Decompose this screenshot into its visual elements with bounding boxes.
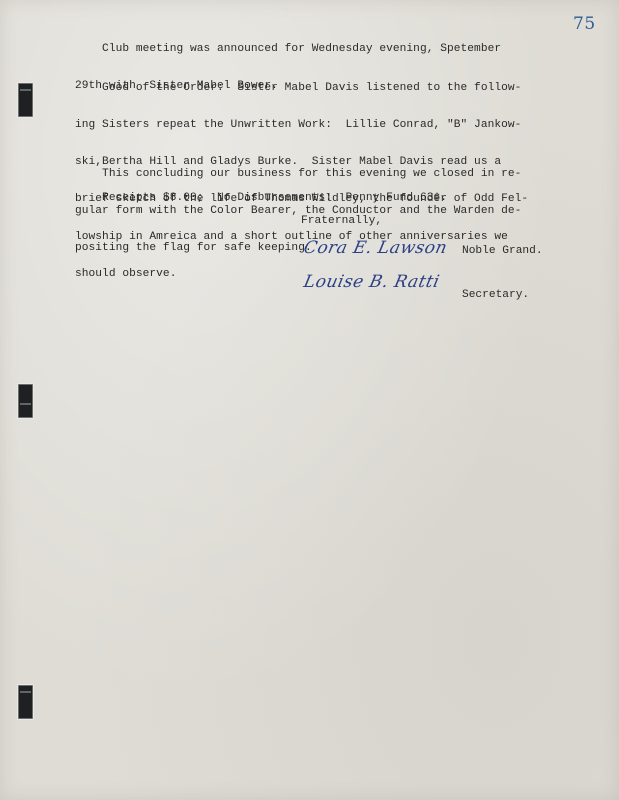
text-line: gular form with the Color Bearer, the Co… <box>75 205 521 217</box>
binder-hole-top <box>17 82 34 118</box>
text-line: This concluding our business for this ev… <box>75 168 521 180</box>
signature-block-noble-grand: Cora E. Lawson Noble Grand. <box>304 238 543 258</box>
paragraph-closing-business: This concluding our business for this ev… <box>75 143 521 279</box>
signature-title: Secretary. <box>462 289 529 302</box>
handwritten-signature: Louise B. Ratti <box>302 272 464 292</box>
closing-salutation: Fraternally, <box>301 215 382 227</box>
handwritten-signature: Cora E. Lawson <box>302 238 464 258</box>
receipts-line: Receipts $8.00; No Disbursements: Penny … <box>75 192 447 204</box>
document-page: 75 Club meeting was announced for Wednes… <box>0 0 619 800</box>
binder-hole-middle <box>17 383 34 419</box>
text-line: Club meeting was announced for Wednesday… <box>75 43 501 55</box>
text-line: ing Sisters repeat the Unwritten Work: L… <box>75 119 528 131</box>
text-line: Good of the Order: Sister Mabel Davis li… <box>75 82 528 94</box>
signature-block-secretary: Louise B. Ratti Secretary. <box>304 272 529 292</box>
binder-hole-bottom <box>17 684 34 720</box>
signature-title: Noble Grand. <box>462 245 543 258</box>
page-number: 75 <box>573 14 596 34</box>
